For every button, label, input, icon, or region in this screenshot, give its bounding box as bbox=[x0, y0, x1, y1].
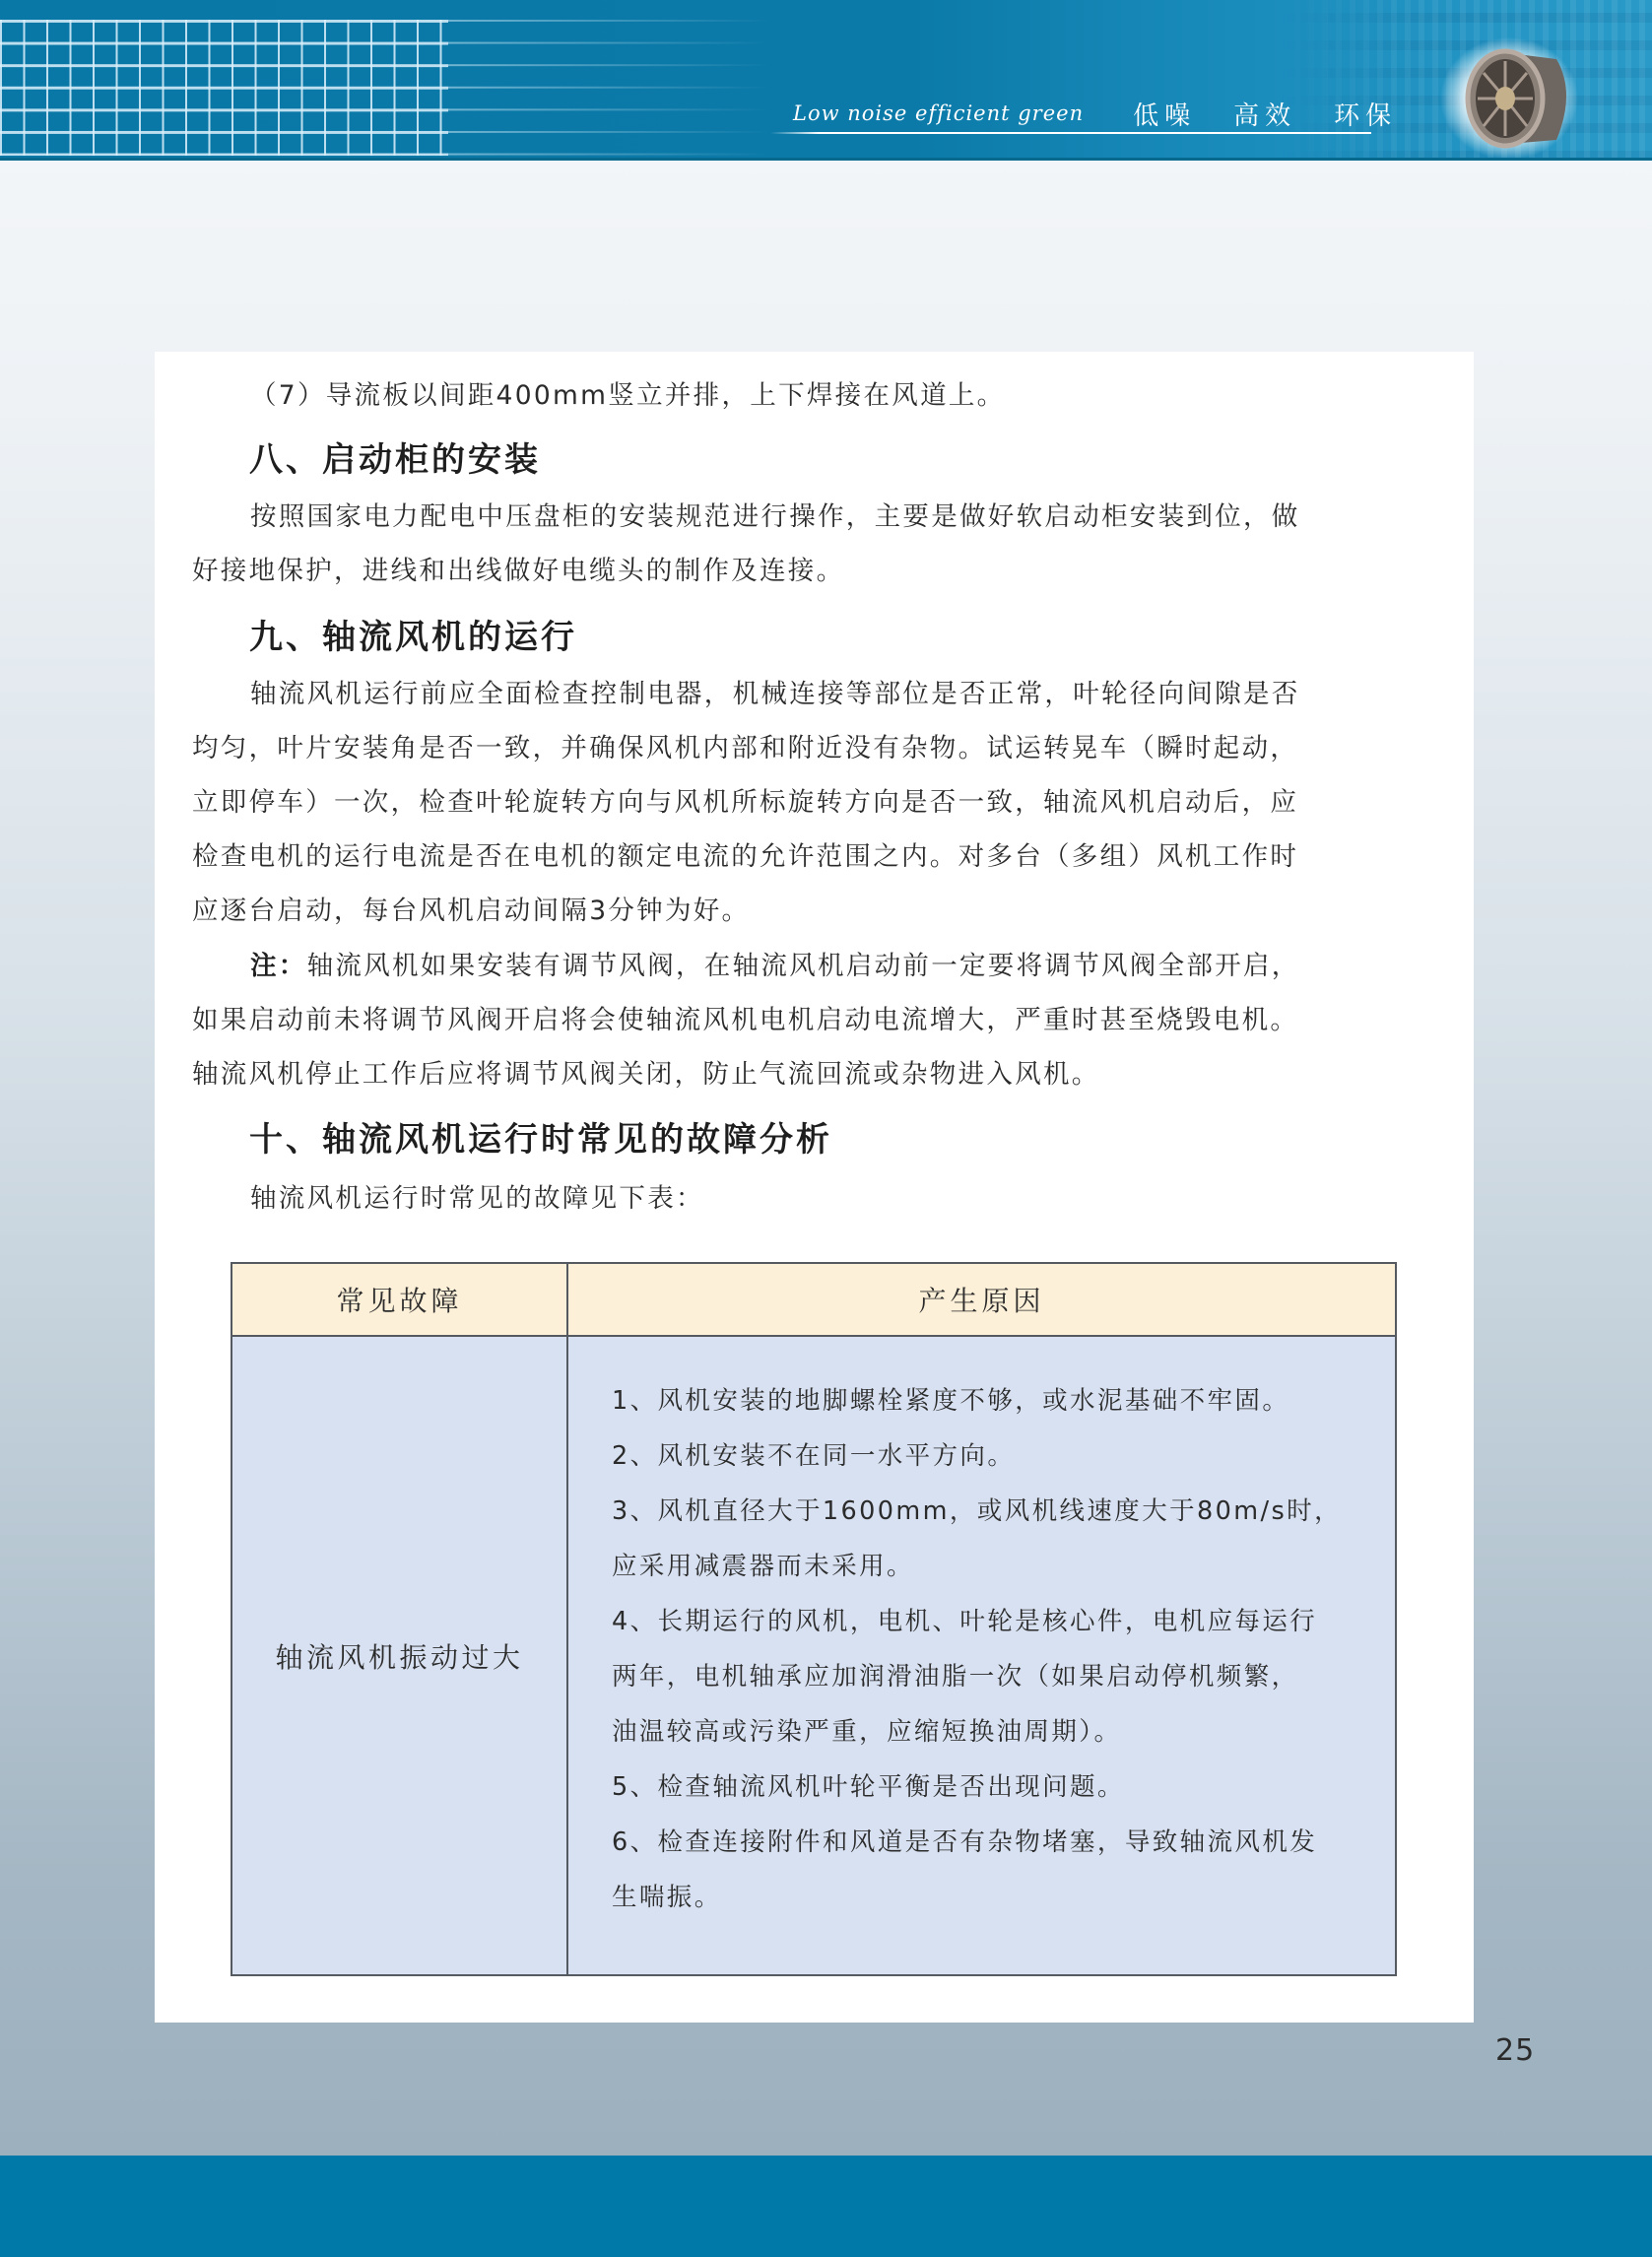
table-header-row: 常见故障 产生原因 bbox=[232, 1264, 1395, 1337]
cause-line-3: 3、风机直径大于1600mm，或风机线速度大于80m/s时， bbox=[612, 1492, 1342, 1527]
tagline: Low noise efficient green 低噪 高效 环保 bbox=[793, 95, 1397, 132]
grid-fade-lines bbox=[448, 20, 773, 156]
cause-line-2: 2、风机安装不在同一水平方向。 bbox=[612, 1436, 1015, 1472]
cause-line-10: 生喘振。 bbox=[612, 1878, 722, 1913]
footer-band bbox=[0, 2156, 1652, 2257]
header-divider bbox=[0, 158, 1652, 161]
page-number: 25 bbox=[1495, 2033, 1535, 2068]
header-common-fault: 常见故障 bbox=[232, 1264, 566, 1335]
grid-pattern bbox=[0, 20, 448, 156]
cause-line-8: 5、检查轴流风机叶轮平衡是否出现问题。 bbox=[612, 1767, 1125, 1803]
section-9-line-5: 应逐台启动，每台风机启动间隔3分钟为好。 bbox=[192, 889, 750, 927]
section-10-heading: 十、轴流风机运行时常见的故障分析 bbox=[249, 1112, 832, 1161]
section-9-line-2: 均匀，叶片安装角是否一致，并确保风机内部和附近没有杂物。试运转晃车（瞬时起动， bbox=[192, 726, 1298, 764]
note-line-3: 轴流风机停止工作后应将调节风阀关闭，防止气流回流或杂物进入风机。 bbox=[192, 1052, 1100, 1091]
note-line-2: 如果启动前未将调节风阀开启将会使轴流风机电机启动电流增大，严重时甚至烧毁电机。 bbox=[192, 998, 1298, 1036]
cause-line-4: 应采用减震器而未采用。 bbox=[612, 1547, 914, 1582]
column-divider bbox=[566, 1337, 568, 1974]
tagline-low-noise: 低噪 bbox=[1133, 96, 1196, 132]
column-divider bbox=[566, 1264, 568, 1335]
section-9-line-4: 检查电机的运行电流是否在电机的额定电流的允许范围之内。对多台（多组）风机工作时 bbox=[192, 834, 1298, 873]
note-label: 注： bbox=[250, 951, 307, 981]
cause-line-9: 6、检查连接附件和风道是否有杂物堵塞，导致轴流风机发 bbox=[612, 1823, 1317, 1858]
section-8-line-2: 好接地保护，进线和出线做好电缆头的制作及连接。 bbox=[192, 549, 844, 587]
note-text-1: 轴流风机如果安装有调节风阀，在轴流风机启动前一定要将调节风阀全部开启， bbox=[307, 951, 1300, 981]
section-8-line-1: 按照国家电力配电中压盘柜的安装规范进行操作，主要是做好软启动柜安装到位，做 bbox=[250, 495, 1300, 533]
cause-line-6: 两年，电机轴承应加润滑油脂一次（如果启动停机频繁， bbox=[612, 1657, 1299, 1693]
header-cause: 产生原因 bbox=[568, 1264, 1395, 1335]
content-card: （7）导流板以间距400mm竖立并排，上下焊接在风道上。 八、启动柜的安装 按照… bbox=[155, 352, 1474, 2023]
tagline-underline bbox=[770, 132, 1371, 134]
note-line-1: 注：轴流风机如果安装有调节风阀，在轴流风机启动前一定要将调节风阀全部开启， bbox=[250, 944, 1300, 982]
cause-line-1: 1、风机安装的地脚螺栓紧度不够，或水泥基础不牢固。 bbox=[612, 1381, 1289, 1417]
section-9-line-3: 立即停车）一次，检查叶轮旋转方向与风机所标旋转方向是否一致，轴流风机启动后，应 bbox=[192, 780, 1298, 819]
cause-line-7: 油温较高或污染严重，应缩短换油周期）。 bbox=[612, 1712, 1121, 1748]
header-banner: Low noise efficient green 低噪 高效 环保 bbox=[0, 0, 1652, 161]
tagline-green: 环保 bbox=[1334, 96, 1397, 132]
tagline-english: Low noise efficient green bbox=[793, 101, 1084, 125]
section-8-heading: 八、启动柜的安装 bbox=[249, 432, 541, 481]
item-7-text: （7）导流板以间距400mm竖立并排，上下焊接在风道上。 bbox=[250, 373, 1005, 412]
axial-fan-icon bbox=[1440, 33, 1588, 158]
cause-line-5: 4、长期运行的风机，电机、叶轮是核心件，电机应每运行 bbox=[612, 1602, 1317, 1637]
section-9-heading: 九、轴流风机的运行 bbox=[249, 610, 577, 658]
section-9-line-1: 轴流风机运行前应全面检查控制电器，机械连接等部位是否正常，叶轮径向间隙是否 bbox=[250, 672, 1300, 710]
table-row: 轴流风机振动过大 1、风机安装的地脚螺栓紧度不够，或水泥基础不牢固。 2、风机安… bbox=[232, 1337, 1395, 1974]
tagline-efficient: 高效 bbox=[1233, 96, 1296, 132]
fault-analysis-table: 常见故障 产生原因 轴流风机振动过大 1、风机安装的地脚螺栓紧度不够，或水泥基础… bbox=[231, 1262, 1397, 1976]
fault-name-cell: 轴流风机振动过大 bbox=[232, 1337, 566, 1974]
section-10-intro: 轴流风机运行时常见的故障见下表： bbox=[250, 1176, 704, 1215]
